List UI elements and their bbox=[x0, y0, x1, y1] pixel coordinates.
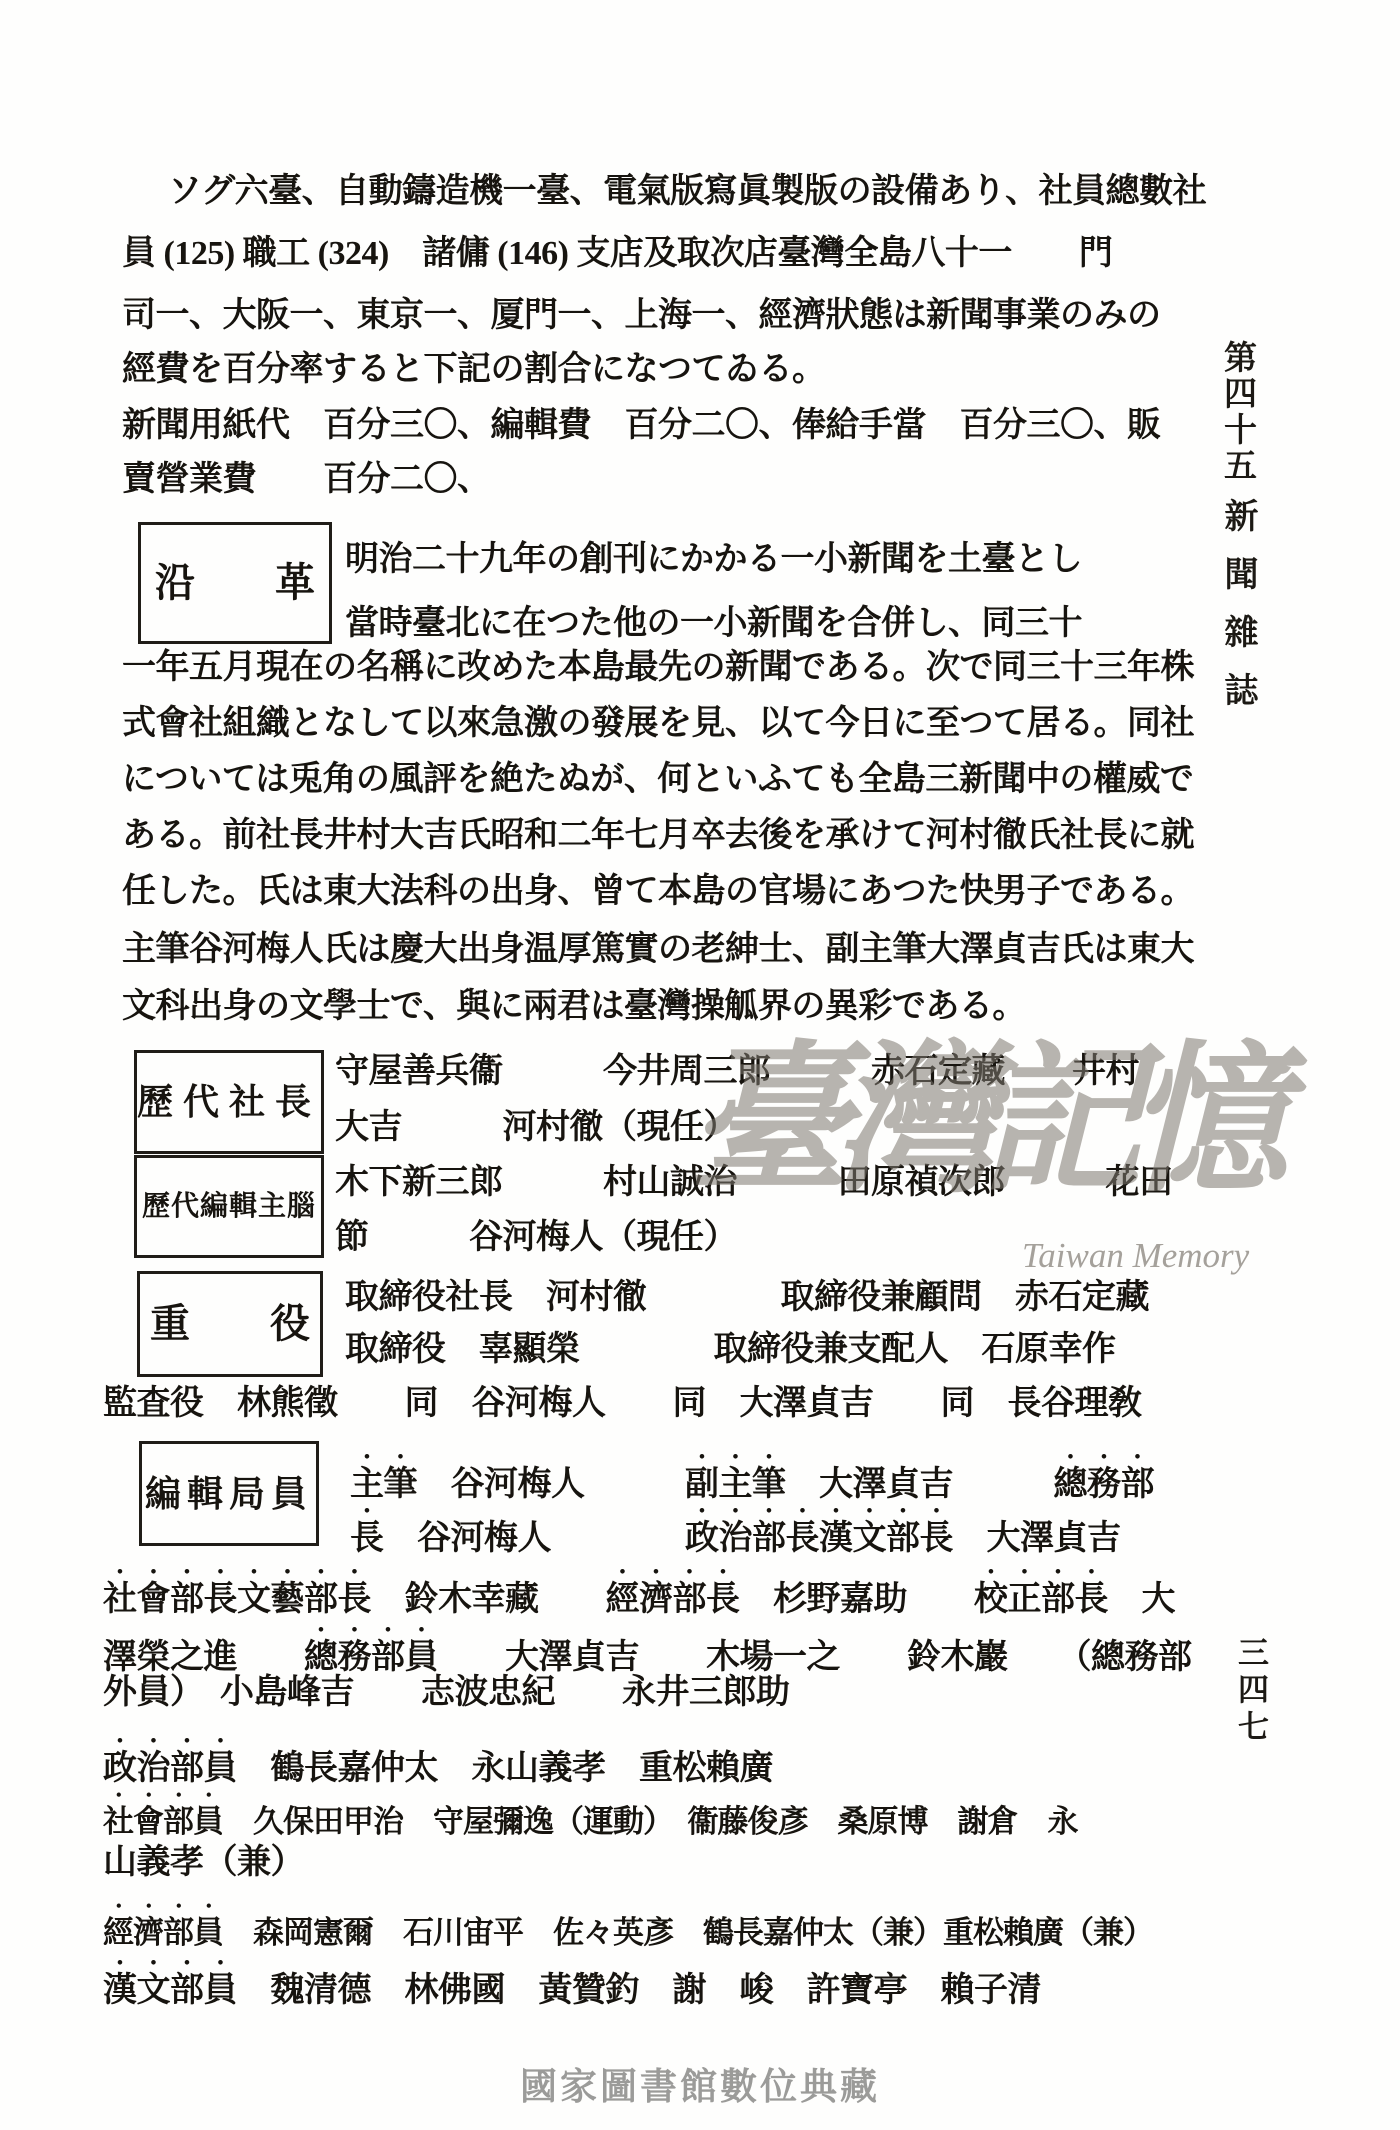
staff-row: 木下新三郎 村山誠治 田原禎次郎 花田 bbox=[335, 1163, 1173, 1202]
section-box-rekidai-shacho: 歷代社長 bbox=[134, 1050, 324, 1154]
emphasized-role-title: 政治部長漢文部長 bbox=[685, 1520, 953, 1557]
text-line: 新聞用紙代 百分三〇、編輯費 百分二〇、俸給手當 百分三〇、販 bbox=[122, 406, 1161, 445]
staff-row: 漢文部員 魏清德 林佛國 黃贊釣 謝 峻 許寶亭 賴子清 bbox=[103, 1953, 1041, 2010]
staff-row: 澤榮之進 總務部員 大澤貞吉 木場一之 鈴木巖 （總務部 bbox=[103, 1620, 1192, 1677]
section-box-label: 歷代編輯主腦 bbox=[142, 1193, 316, 1221]
text-line: 明治二十九年の創刊にかかる一小新聞を土臺とし bbox=[345, 540, 1082, 579]
margin-section-label: 新聞雜誌 bbox=[1213, 498, 1262, 730]
emphasized-role-title: 校正部長 bbox=[974, 1581, 1108, 1618]
staff-names-text: 鈴木幸藏 bbox=[371, 1581, 606, 1618]
staff-row: 取締役 辜顯榮 取締役兼支配人 石原幸作 bbox=[345, 1330, 1116, 1369]
emphasized-role-title: 社會部長文藝部長 bbox=[103, 1581, 371, 1618]
staff-row: 社會部員 久保田甲治 守屋彌逸（運動） 衞藤俊彥 桑原博 謝倉 永 bbox=[103, 1787, 1078, 1840]
scanned-document-page: ソグ六臺、自動鑄造機一臺、電氣版寫眞製版の設備あり、社員總數社 員 (125) … bbox=[0, 0, 1400, 2130]
staff-row: 社會部長文藝部長 鈴木幸藏 經濟部長 杉野嘉助 校正部長 大 bbox=[103, 1562, 1175, 1619]
staff-row: 長 谷河梅人 政治部長漢文部長 大澤貞吉 bbox=[350, 1501, 1121, 1558]
section-box-enkaku: 沿 革 bbox=[138, 522, 332, 644]
staff-names-text: 外員） 小島峰吉 志波忠紀 永井三郎助 bbox=[103, 1674, 790, 1711]
staff-row: 節 谷河梅人（現任） bbox=[335, 1218, 737, 1257]
staff-names-text: 魏清德 林佛國 黃贊釣 謝 峻 許寶亭 賴子清 bbox=[237, 1972, 1041, 2009]
staff-names-text: 森岡憲爾 石川宙平 佐々英彥 鶴長嘉仲太（兼）重松賴廣（兼） bbox=[223, 1915, 1153, 1950]
staff-row: 監査役 林熊徵 同 谷河梅人 同 大澤貞吉 同 長谷理敎 bbox=[103, 1384, 1142, 1423]
emphasized-role-title: 社會部員 bbox=[103, 1804, 223, 1839]
staff-names-text: 大 bbox=[1108, 1581, 1175, 1618]
staff-names-text: 澤榮之進 bbox=[103, 1639, 304, 1676]
section-box-henshu-kyokuin: 編輯局員 bbox=[139, 1441, 319, 1546]
staff-names-text: 谷河梅人 bbox=[384, 1520, 686, 1557]
text-line: 司一、大阪一、東京一、厦門一、上海一、經濟狀態は新聞事業のみの bbox=[122, 296, 1161, 335]
section-box-label: 編輯局員 bbox=[145, 1476, 313, 1512]
section-box-label: 歷代社長 bbox=[137, 1084, 321, 1120]
emphasized-role-title: 總務部員 bbox=[304, 1639, 438, 1676]
staff-names-text: 大澤貞吉 木場一之 鈴木巖 （總務部 bbox=[438, 1639, 1192, 1676]
text-line: 文科出身の文學士で、與に兩君は臺灣操觚界の異彩である。 bbox=[122, 987, 1026, 1026]
staff-row: 守屋善兵衞 今井周三郎 赤石定藏 井村 bbox=[335, 1052, 1139, 1091]
emphasized-role-title: 總務部 bbox=[1054, 1466, 1155, 1503]
text-line: 主筆谷河梅人氏は慶大出身温厚篤實の老紳士、副主筆大澤貞吉氏は東大 bbox=[122, 930, 1194, 969]
text-line: 任した。氏は東大法科の出身、曾て本島の官場にあつた快男子である。 bbox=[122, 872, 1194, 911]
text-line: 員 (125) 職工 (324) 諸傭 (146) 支店及取次店臺灣全島八十一 … bbox=[122, 234, 1112, 273]
staff-row: 大吉 河村徹（現任） bbox=[335, 1108, 737, 1147]
staff-row: 主筆 谷河梅人 副主筆 大澤貞吉 總務部 bbox=[350, 1447, 1154, 1504]
emphasized-role-title: 副主筆 bbox=[685, 1466, 786, 1503]
margin-volume-label: 第四十五 bbox=[1214, 340, 1261, 484]
text-line: 賣營業費 百分二〇、 bbox=[122, 460, 491, 499]
staff-row: 外員） 小島峰吉 志波忠紀 永井三郎助 bbox=[103, 1673, 790, 1712]
section-box-label: 沿 革 bbox=[155, 563, 315, 603]
staff-names-text: 谷河梅人 bbox=[417, 1466, 685, 1503]
library-footer-caption: 國家圖書館數位典藏 bbox=[0, 2056, 1400, 2110]
staff-names-text: 大澤貞吉 bbox=[786, 1466, 1054, 1503]
section-box-rekidai-henshu: 歷代編輯主腦 bbox=[134, 1155, 324, 1258]
text-line: 當時臺北に在つた他の一小新聞を合併し、同三十 bbox=[345, 604, 1082, 643]
text-line: ある。前社長井村大吉氏昭和二年七月卒去後を承けて河村徹氏社長に就 bbox=[122, 816, 1194, 855]
emphasized-role-title: 經濟部長 bbox=[606, 1581, 740, 1618]
staff-row: 山義孝（兼） bbox=[103, 1843, 304, 1882]
emphasized-role-title: 漢文部員 bbox=[103, 1972, 237, 2009]
text-line: 一年五月現在の名稱に改めた本島最先の新聞である。次で同三十三年株 bbox=[122, 648, 1194, 687]
emphasized-role-title: 政治部員 bbox=[103, 1750, 237, 1787]
staff-row: 政治部員 鶴長嘉仲太 永山義孝 重松賴廣 bbox=[103, 1731, 773, 1788]
staff-names-text: 山義孝（兼） bbox=[103, 1844, 304, 1881]
watermark-taiwan-memory-subtitle: Taiwan Memory bbox=[1022, 1236, 1249, 1276]
staff-row: 經濟部員 森岡憲爾 石川宙平 佐々英彥 鶴長嘉仲太（兼）重松賴廣（兼） bbox=[103, 1898, 1153, 1951]
text-line: ソグ六臺、自動鑄造機一臺、電氣版寫眞製版の設備あり、社員總數社 bbox=[168, 172, 1206, 211]
text-line: 經費を百分率すると下記の割合になつてゐる。 bbox=[122, 350, 826, 389]
staff-names-text: 久保田甲治 守屋彌逸（運動） 衞藤俊彥 桑原博 謝倉 永 bbox=[223, 1804, 1078, 1839]
emphasized-role-title: 經濟部員 bbox=[103, 1915, 223, 1950]
staff-names-text: 大澤貞吉 bbox=[953, 1520, 1121, 1557]
staff-row: 取締役社長 河村徹 取締役兼顧問 赤石定藏 bbox=[345, 1278, 1149, 1317]
section-box-juyaku: 重 役 bbox=[137, 1271, 323, 1377]
staff-names-text: 杉野嘉助 bbox=[740, 1581, 975, 1618]
emphasized-role-title: 長 bbox=[350, 1520, 384, 1557]
page-number: 三四七 bbox=[1228, 1636, 1273, 1747]
text-line: 式會社組織となして以來急激の發展を見、以て今日に至つて居る。同社 bbox=[122, 704, 1194, 743]
staff-names-text: 鶴長嘉仲太 永山義孝 重松賴廣 bbox=[237, 1750, 773, 1787]
text-line: については兎角の風評を絶たぬが、何といふても全島三新聞中の權威で bbox=[122, 760, 1193, 799]
emphasized-role-title: 主筆 bbox=[350, 1466, 417, 1503]
section-box-label: 重 役 bbox=[150, 1304, 310, 1344]
